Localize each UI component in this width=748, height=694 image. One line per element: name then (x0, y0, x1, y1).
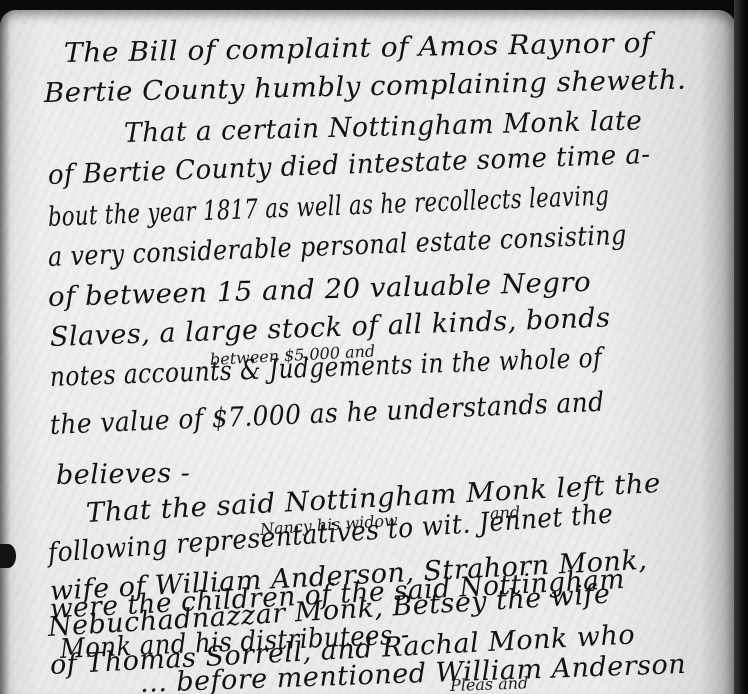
manuscript-line-11: believes - (56, 458, 191, 491)
page-edge-shadow (0, 10, 10, 694)
insertion-pleas-and: Pleas and (450, 673, 529, 694)
scan-border-right (734, 0, 748, 694)
manuscript-line-1: The Bill of complaint of Amos Raynor of (64, 28, 652, 69)
manuscript-line-10: the value of $7.000 as he understands an… (49, 387, 605, 441)
ink-blot (0, 544, 16, 568)
manuscript-line-2: Bertie County humbly complaining sheweth… (44, 65, 687, 109)
